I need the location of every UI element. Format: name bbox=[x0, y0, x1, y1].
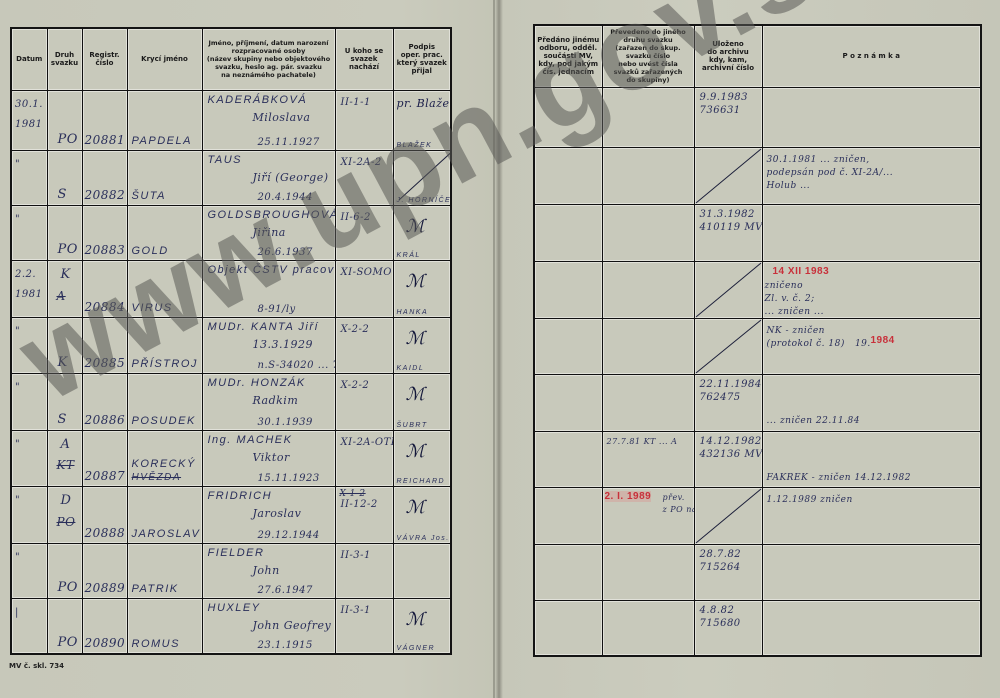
cell-podpis: KAIDLℳ bbox=[393, 317, 451, 373]
table-row: 1984NK - zničen (protokol č. 18) 19. bbox=[534, 318, 981, 374]
cell-poznamka: 30.1.1981 ... zničen, podepsán pod č. XI… bbox=[762, 147, 981, 204]
cell-kryci-jmeno: POSUDEK bbox=[127, 373, 202, 430]
cell-datum: " bbox=[11, 430, 47, 486]
table-row: 27.7.81 KT ... A14.12.1982 432136 MVFAKR… bbox=[534, 431, 981, 487]
header-ulozeno: Uloženo do archivu kdy, kam, archivní čí… bbox=[694, 25, 762, 87]
cell-druh: S bbox=[47, 373, 82, 430]
cell-ulozeno: 22.11.1984 762475 bbox=[694, 374, 762, 431]
table-row: 14 XII 1983zničeno Zl. v. č. 2; ... znič… bbox=[534, 261, 981, 318]
cell-podpis: J. HORNÍČEK bbox=[393, 150, 451, 205]
cell-poznamka bbox=[762, 87, 981, 147]
cell-kryci-jmeno: ROMUS bbox=[127, 598, 202, 654]
table-row: 28.7.82 715264 bbox=[534, 544, 981, 600]
header-jmeno: Jméno, příjmení, datum narození rozpraco… bbox=[202, 28, 335, 90]
cell-u-koho: II-6-2 bbox=[335, 205, 393, 260]
strike-diagonal bbox=[695, 148, 762, 204]
cell-registr: 20884 bbox=[82, 260, 127, 317]
cell-predano bbox=[534, 204, 602, 261]
cell-jmeno: Objekt ČSTV pracoviště8-91/ly bbox=[202, 260, 335, 317]
cell-kryci-jmeno: ŠUTA bbox=[127, 150, 202, 205]
cell-datum: " bbox=[11, 150, 47, 205]
table-row: "PO20883GOLDGOLDSBROUGHOVÁJiřina26.6.193… bbox=[11, 205, 451, 260]
cell-prevedeno bbox=[602, 374, 694, 431]
cell-poznamka bbox=[762, 600, 981, 656]
header-datum: Datum bbox=[11, 28, 47, 90]
cell-u-koho: X-2-2 bbox=[335, 317, 393, 373]
cell-podpis: HANKAℳ bbox=[393, 260, 451, 317]
cell-jmeno: GOLDSBROUGHOVÁJiřina26.6.1937 bbox=[202, 205, 335, 260]
cell-registr: 20888 bbox=[82, 486, 127, 543]
cell-podpis: pr. BlažekBLAŽEK bbox=[393, 90, 451, 150]
table-row: 31.3.1982 410119 MV bbox=[534, 204, 981, 261]
header-poznamka: P o z n á m k a bbox=[762, 25, 981, 87]
strike-diagonal bbox=[695, 319, 762, 374]
cell-predano bbox=[534, 147, 602, 204]
cell-prevedeno: 2. I. 1989přev. z PO na D bbox=[602, 487, 694, 544]
cell-registr: 20887 bbox=[82, 430, 127, 486]
cell-datum: " bbox=[11, 317, 47, 373]
cell-druh: K bbox=[47, 317, 82, 373]
table-row: 2. I. 1989přev. z PO na D1.12.1989 zniče… bbox=[534, 487, 981, 544]
cell-predano bbox=[534, 318, 602, 374]
header-registr-cislo: Registr. číslo bbox=[82, 28, 127, 90]
cell-ulozeno: 31.3.1982 410119 MV bbox=[694, 204, 762, 261]
cell-prevedeno bbox=[602, 261, 694, 318]
header-row: Datum Druh svazku Registr. číslo Krycí j… bbox=[11, 28, 451, 90]
cell-predano bbox=[534, 544, 602, 600]
cell-jmeno: MUDr. KANTA Jiří13.3.1929n.S-34020 ... 7… bbox=[202, 317, 335, 373]
cell-registr: 20883 bbox=[82, 205, 127, 260]
cell-kryci-jmeno: JAROSLAV bbox=[127, 486, 202, 543]
cell-druh: S bbox=[47, 150, 82, 205]
signature-mark: ℳ bbox=[406, 441, 426, 462]
cell-poznamka: 1984NK - zničen (protokol č. 18) 19. bbox=[762, 318, 981, 374]
cell-prevedeno bbox=[602, 600, 694, 656]
cell-registr: 20881 bbox=[82, 90, 127, 150]
table-row: 30.1.1981 ... zničen, podepsán pod č. XI… bbox=[534, 147, 981, 204]
cell-datum: " bbox=[11, 205, 47, 260]
signature-mark: ℳ bbox=[406, 497, 426, 518]
cell-jmeno: FRIDRICHJaroslav29.12.1944 bbox=[202, 486, 335, 543]
table-row: "S20886POSUDEKMUDr. HONZÁKRadkim30.1.193… bbox=[11, 373, 451, 430]
cell-ulozeno bbox=[694, 487, 762, 544]
cell-u-koho: II-3-1 bbox=[335, 543, 393, 598]
header-prevedeno: Převedeno do jiného druhu svazku (zařaze… bbox=[602, 25, 694, 87]
cell-jmeno: TAUSJiří (George)20.4.1944 bbox=[202, 150, 335, 205]
cell-jmeno: KADERÁBKOVÁMiloslava25.11.1927 bbox=[202, 90, 335, 150]
header-predano: Předáno jinému odboru, odděl. součásti M… bbox=[534, 25, 602, 87]
cell-prevedeno bbox=[602, 204, 694, 261]
table-row: "PO20889PATRIKFIELDERJohn27.6.1947II-3-1 bbox=[11, 543, 451, 598]
cell-datum: " bbox=[11, 486, 47, 543]
cell-predano bbox=[534, 431, 602, 487]
cell-kryci-jmeno: VIRUS bbox=[127, 260, 202, 317]
cell-podpis: ŠUBRTℳ bbox=[393, 373, 451, 430]
cell-predano bbox=[534, 487, 602, 544]
cell-predano bbox=[534, 87, 602, 147]
cell-druh: PO bbox=[47, 205, 82, 260]
table-row: 9.9.1983 736631 bbox=[534, 87, 981, 147]
cell-poznamka bbox=[762, 204, 981, 261]
cell-poznamka: FAKREK - zničen 14.12.1982 bbox=[762, 431, 981, 487]
cell-ulozeno bbox=[694, 147, 762, 204]
cell-predano bbox=[534, 600, 602, 656]
cell-jmeno: FIELDERJohn27.6.1947 bbox=[202, 543, 335, 598]
cell-datum: " bbox=[11, 543, 47, 598]
cell-u-koho: X-1-2II-12-2 bbox=[335, 486, 393, 543]
cell-ulozeno bbox=[694, 318, 762, 374]
cell-prevedeno bbox=[602, 147, 694, 204]
cell-druh: AK bbox=[47, 260, 82, 317]
form-number: MV č. skl. 734 bbox=[9, 662, 64, 670]
cell-kryci-jmeno: PŘÍSTROJ bbox=[127, 317, 202, 373]
cell-poznamka bbox=[762, 544, 981, 600]
cell-u-koho: X-2-2 bbox=[335, 373, 393, 430]
cell-u-koho: XI-2A-OTR bbox=[335, 430, 393, 486]
cell-datum: | bbox=[11, 598, 47, 654]
cell-prevedeno bbox=[602, 318, 694, 374]
cell-ulozeno: 4.8.82 715680 bbox=[694, 600, 762, 656]
table-row: |PO20890ROMUSHUXLEYJohn Geofrey23.1.1915… bbox=[11, 598, 451, 654]
cell-prevedeno: 27.7.81 KT ... A bbox=[602, 431, 694, 487]
cell-registr: 20890 bbox=[82, 598, 127, 654]
cell-predano bbox=[534, 261, 602, 318]
cell-registr: 20885 bbox=[82, 317, 127, 373]
cell-prevedeno bbox=[602, 544, 694, 600]
signature-mark: ℳ bbox=[406, 271, 426, 292]
register-table-left: Datum Druh svazku Registr. číslo Krycí j… bbox=[10, 27, 452, 655]
cell-jmeno: MUDr. HONZÁKRadkim30.1.1939 bbox=[202, 373, 335, 430]
cell-registr: 20889 bbox=[82, 543, 127, 598]
cell-poznamka: ... zničen 22.11.84 bbox=[762, 374, 981, 431]
table-row: "S20882ŠUTATAUSJiří (George)20.4.1944XI-… bbox=[11, 150, 451, 205]
cell-predano bbox=[534, 374, 602, 431]
cell-druh: PO bbox=[47, 543, 82, 598]
cell-druh: POD bbox=[47, 486, 82, 543]
cell-kryci-jmeno: HVĚZDAKORECKÝ bbox=[127, 430, 202, 486]
cell-ulozeno: 14.12.1982 432136 MV bbox=[694, 431, 762, 487]
book-spine bbox=[493, 0, 495, 698]
cell-kryci-jmeno: PAPDELA bbox=[127, 90, 202, 150]
cell-u-koho: XI-SOMO bbox=[335, 260, 393, 317]
cell-registr: 20886 bbox=[82, 373, 127, 430]
signature-mark: ℳ bbox=[406, 609, 426, 630]
cell-druh: PO bbox=[47, 90, 82, 150]
cell-kryci-jmeno: PATRIK bbox=[127, 543, 202, 598]
cell-kryci-jmeno: GOLD bbox=[127, 205, 202, 260]
signature-mark: ℳ bbox=[406, 328, 426, 349]
register-table-right: Předáno jinému odboru, odděl. součásti M… bbox=[533, 24, 982, 657]
cell-podpis: VÁGNERℳ bbox=[393, 598, 451, 654]
strike-diagonal bbox=[695, 488, 762, 544]
cell-poznamka: 1.12.1989 zničen bbox=[762, 487, 981, 544]
cell-u-koho: XI-2A-2 bbox=[335, 150, 393, 205]
cell-ulozeno: 9.9.1983 736631 bbox=[694, 87, 762, 147]
header-kryci-jmeno: Krycí jméno bbox=[127, 28, 202, 90]
cell-prevedeno bbox=[602, 87, 694, 147]
cell-podpis bbox=[393, 543, 451, 598]
table-row: 2.2. 1981AK20884VIRUSObjekt ČSTV pracovi… bbox=[11, 260, 451, 317]
cell-ulozeno: 28.7.82 715264 bbox=[694, 544, 762, 600]
signature-mark: ℳ bbox=[406, 384, 426, 405]
cell-u-koho: II-1-1 bbox=[335, 90, 393, 150]
cell-datum: 30.1. 1981 bbox=[11, 90, 47, 150]
cell-jmeno: Ing. MACHEKViktor15.11.1923 bbox=[202, 430, 335, 486]
cell-datum: 2.2. 1981 bbox=[11, 260, 47, 317]
signature-mark: ℳ bbox=[406, 216, 426, 237]
header-druh-svazku: Druh svazku bbox=[47, 28, 82, 90]
cell-podpis: KRÁLℳ bbox=[393, 205, 451, 260]
cell-podpis: REICHARDℳ bbox=[393, 430, 451, 486]
table-row: "POD20888JAROSLAVFRIDRICHJaroslav29.12.1… bbox=[11, 486, 451, 543]
table-row: 30.1. 1981PO20881PAPDELAKADERÁBKOVÁMilos… bbox=[11, 90, 451, 150]
table-row: 22.11.1984 762475... zničen 22.11.84 bbox=[534, 374, 981, 431]
table-row: "K20885PŘÍSTROJMUDr. KANTA Jiří13.3.1929… bbox=[11, 317, 451, 373]
cell-poznamka: 14 XII 1983zničeno Zl. v. č. 2; ... znič… bbox=[762, 261, 981, 318]
cell-datum: " bbox=[11, 373, 47, 430]
table-row: "KTA20887HVĚZDAKORECKÝIng. MACHEKViktor1… bbox=[11, 430, 451, 486]
table-row: 4.8.82 715680 bbox=[534, 600, 981, 656]
cell-u-koho: II-3-1 bbox=[335, 598, 393, 654]
cell-jmeno: HUXLEYJohn Geofrey23.1.1915 bbox=[202, 598, 335, 654]
cell-podpis: VÁVRA Jos.ℳ bbox=[393, 486, 451, 543]
cell-druh: KTA bbox=[47, 430, 82, 486]
strike-diagonal bbox=[695, 262, 762, 318]
header-podpis: Podpis oper. prac. který svazek přijal bbox=[393, 28, 451, 90]
header-row: Předáno jinému odboru, odděl. součásti M… bbox=[534, 25, 981, 87]
cell-druh: PO bbox=[47, 598, 82, 654]
cell-registr: 20882 bbox=[82, 150, 127, 205]
cell-ulozeno bbox=[694, 261, 762, 318]
header-u-koho: U koho se svazek nachází bbox=[335, 28, 393, 90]
